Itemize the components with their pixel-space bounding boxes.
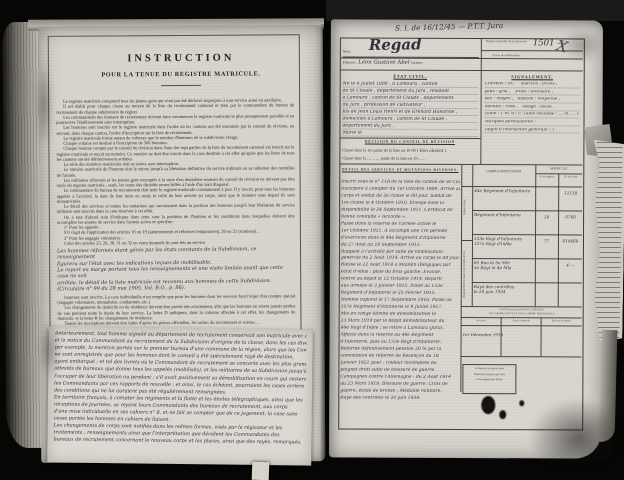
firstnames-value: Léon Gustave Abel: [358, 60, 409, 66]
signalement-line: menton : rond , visage : ovale .: [485, 105, 580, 111]
form-line: [460, 164, 462, 392]
matricule-number-value: 1501 —: [533, 38, 566, 48]
form-line: [340, 57, 583, 59]
instruction-paragraph: 2° Pour les engagés volontaires :: [57, 234, 295, 241]
etat-civil-line: fils de Jean Louis Henri et de Grenard H…: [343, 109, 478, 116]
corps-matricule-b: 0760: [559, 214, 582, 219]
form-line: [535, 164, 537, 306]
corps-matricule-b: 11118: [559, 190, 582, 195]
service-entry-line: 1er Octobre 1911. A accompli une 1re pér…: [341, 228, 460, 235]
name-field: Nom : Regad: [343, 39, 479, 58]
ink-blot: [499, 410, 506, 419]
instruction-paragraph: Le numéro matricule de l'homme doit le s…: [57, 166, 295, 178]
service-entry-line: poignet droit suite de blessure de guerr…: [340, 367, 459, 374]
form-line: [481, 50, 583, 51]
instruction-paragraph: Toutes les inscriptions doivent être fai…: [57, 319, 295, 326]
instruction-paragraph: La série des numéros matricules doit se …: [56, 160, 294, 167]
instruction-paragraph: Le registre matricule comprend tous les …: [56, 97, 294, 104]
service-entry-line: Rayé des contrôles le 20 juin 1934.: [340, 395, 459, 402]
service-entry-line: éclat d'obus ; plaie du bras gauche. Éva…: [341, 270, 460, 277]
form-line: [461, 317, 582, 319]
matricule-col-a-label: N° du registre: [535, 175, 558, 179]
service-entry-line: 1re classe le 4 Octobre 1910. Envoyé dan…: [341, 200, 460, 207]
note-line: et renseignements divers.: [463, 378, 515, 382]
service-entry-line: d'Infanterie, puis au 133e Régt d'Infant…: [341, 339, 460, 346]
curled-page-edge: [599, 330, 618, 442]
instruction-subtitle: POUR LA TENUE DU REGISTRE MATRICULE.: [39, 70, 323, 79]
mobilisation-class-label: Classe de mobilisation :: [484, 54, 530, 58]
service-entry-line: Campagnes contre l'Allemagne : du 2 Août…: [340, 374, 459, 381]
service-entry-line: du 27 Août au 18 Septembre 1913.: [341, 242, 460, 249]
service-entry-line: générale du 2 Août 1914. Arrivé au corps…: [341, 256, 460, 263]
signalement-line: Marques particulières :: [484, 120, 579, 126]
name-label: Nom :: [343, 49, 352, 53]
instruction-paragraph: Le détail des services et toutes les mut…: [57, 202, 295, 214]
firstnames-field: Prénoms : Léon Gustave Abel Surnom :: [343, 59, 479, 66]
note-line: l'objet des marques spéciales: [463, 373, 515, 377]
annex-handwriting: Antérieurement, tout homme signalé au dé…: [53, 330, 306, 447]
etat-civil-line: du Jura , profession de cultivateur ,: [343, 102, 478, 109]
form-outer-border: [338, 37, 585, 430]
corps-matricule-b: 014660: [559, 238, 582, 243]
services-title: DÉTAIL DES SERVICES ET MUTATIONS DIVERSE…: [339, 167, 461, 172]
instruction-paragraph: Celui des articles 23, 26, 30, 31 ou 32 …: [57, 239, 295, 246]
service-entry-line: 23 Mars 1919 par le dépôt démobilisateur…: [341, 319, 460, 326]
signalement-line: Taille : 1 m. 67 c. Taille rectifiée : ……: [485, 112, 580, 118]
name-value-signature: Regad: [369, 35, 422, 54]
service-entry-line: Réformé définitivement pension 20 % par …: [341, 346, 460, 353]
form-line: [461, 240, 472, 241]
form-line: [558, 173, 560, 306]
etat-civil-line: à Lamoura , canton de St Claude , départ…: [343, 95, 478, 102]
etat-civil-line: domiciliés à Lamoura , canton de St Clau…: [343, 116, 478, 123]
form-line: [460, 356, 581, 358]
form-line: [339, 137, 480, 139]
right-page-matricule-form: Nom : Regad Prénoms : Léon Gustave Abel …: [329, 19, 603, 458]
service-entry-line: Passé dans la réserve de l'armée active …: [341, 221, 460, 228]
service-entry-line: Inscrit sous le n° 118 de la liste du ca…: [341, 179, 460, 186]
service-entry-line: Nommé caporal le 17 Septembre 1916. Pass…: [341, 298, 460, 305]
form-line: [535, 173, 582, 174]
etat-civil-title: ÉTAT CIVIL.: [343, 73, 478, 79]
corps-name: Rayé des contrôles le 20 juin 1934: [474, 284, 534, 295]
matricule-col-title: MATRICULE: [535, 167, 582, 171]
service-entry-line: commission de réforme de Besançon du 18: [340, 353, 459, 360]
bottom-index-tab: [252, 462, 270, 480]
corps-table-row: 65 Bon le 5e Mle 5e Régt le 4e Mle 4 —: [473, 258, 582, 282]
crossed-out-mark: X: [555, 36, 570, 56]
surname-label: Surnom :: [411, 61, 424, 65]
etat-civil-line: département du Jura .: [342, 123, 477, 130]
corps-matricule-a: 77: [535, 238, 558, 243]
inserted-handwriting-note: Les hommes réformés étant gérés par les …: [57, 246, 295, 292]
service-entry-line: 157e Régiment d'Infanterie le 9 Juillet …: [341, 305, 460, 312]
form-line: [472, 234, 582, 235]
instruction-paragraph: Les changements de domicile ou de réside…: [57, 304, 295, 321]
form-line: [461, 186, 582, 188]
corps-name: 44e Régiment d'Infanterie: [474, 188, 534, 193]
decision-line-1-note: ( Bon absent ): [417, 148, 447, 153]
firstnames-label: Prénoms :: [343, 60, 358, 64]
passage-col-3: Réserve territoriale: [542, 319, 582, 323]
corps-table-row: Régiment d'Infanterie 18 0760: [473, 210, 582, 234]
service-entry-line: corps et soldat de 2e classe le dit jour…: [341, 193, 460, 200]
corps-name: 65 Bon le 5e Mle 5e Régt le 4e Mle: [474, 260, 534, 271]
decision-line-1-print: Classé dans la 1re partie de la liste en…: [342, 147, 415, 152]
service-entry-line: bonne conduite « Accordé ».: [341, 214, 460, 221]
form-line: [540, 317, 541, 356]
decision-line-1: Classé dans la 1re partie de la liste en…: [342, 147, 446, 152]
signalement-line: nez : moyen , bouche : moyenne ,: [485, 97, 580, 103]
service-entry-line: 44e Régt d'Infêe ; se retire à Lamoura (…: [341, 325, 460, 332]
form-line: [461, 306, 582, 308]
instruction-paragraph: S'il s'agit de l'application des article…: [57, 229, 295, 236]
vertical-label-reserve: Disponibilité et réserve de l'armée acti…: [462, 244, 471, 304]
passage-col-1: 1re réserve: [462, 319, 501, 323]
passage-table-header-2: DE L'ARMÉE ACTIVE ET DANS L'ARMÉE TERRIT…: [462, 312, 582, 316]
instruction-title: INSTRUCTION: [39, 52, 323, 65]
instruction-paragraphs: Le registre matricule comprend tous les …: [56, 97, 295, 245]
instruction-paragraph: hommes sont inscrits. La case individuel…: [57, 293, 295, 305]
corps-name: 133e Régt d'Infanterie 157e Régt d'Infêe: [474, 236, 534, 247]
passage-table-header-1: DATE DE PASSAGE DANS LA RÉSERVE: [462, 308, 582, 312]
service-entry-line: Blessé le 22 Août 1914 à Maissin (Belgiq…: [341, 263, 460, 270]
instruction-paragraph: Les hommes sont inscrits sur le registre…: [56, 124, 294, 136]
service-entry-line: Mis en congé illimité de démobilisation …: [341, 312, 460, 319]
signalement-line: Degré d'instruction générale : 3 .: [484, 128, 579, 134]
signalement-line: yeux : gris , front : ordinaire ,: [485, 90, 580, 96]
corps-table-row: 44e Régiment d'Infanterie 11118: [473, 186, 582, 210]
corps-table-title: CORPS D'AFFECTATION: [473, 170, 534, 174]
instruction-text-block: Le registre matricule comprend tous les …: [56, 97, 295, 326]
instruction-paragraph: Chaque homme compté par le conseil de ré…: [56, 145, 294, 162]
corps-matricule-b: 4 —: [559, 262, 582, 267]
instruction-paragraph: 1° Pour les appelés :: [57, 223, 295, 230]
etat-civil-line: Né le 4 Juillet 1888 , à Lamoura , canto…: [343, 81, 478, 88]
corps-table-row: 133e Régt d'Infanterie 157e Régt d'Infêe…: [473, 234, 582, 258]
decision-title: DÉCISION DU CONSEIL DE RÉVISION: [342, 139, 477, 144]
note-box-lines: Se reporter au registre pourl'objet des …: [463, 367, 515, 382]
form-line: [500, 317, 501, 356]
handwritten-annex-sheet: Antérieurement, tout homme signalé au dé…: [47, 326, 313, 465]
service-entry-line: Incorporé à compter du 1er Octobre 1909.…: [341, 186, 460, 193]
matricule-number-label: Numéro matricule du recrutement :: [484, 40, 530, 44]
ink-blot: [519, 400, 524, 406]
handwritten-line: arrêtée, le détail de la liste matricule…: [57, 278, 295, 294]
decision-line-2: Classé dans la ……… partie de la liste en…: [342, 155, 426, 160]
service-entry-line: guerre, étoile de bronze ; Médaille mili…: [340, 388, 459, 395]
register-scan: INSTRUCTION POUR LA TENUE DU REGISTRE MA…: [0, 0, 624, 480]
passage-date-entry: 1er Décembre 1918: [463, 332, 503, 337]
service-entry-line: disponibilité le 24 Septembre 1911. Cert…: [341, 207, 460, 214]
form-line: [339, 163, 582, 165]
instruction-paragraph: Les militaires réformés et les jeunes ge…: [57, 176, 295, 188]
form-line: [472, 258, 582, 259]
service-entry-line: Affecté dans la réserve au 44e Régiment: [341, 332, 460, 339]
instruction-paragraph: Chaque volume est destiné à l'inscriptio…: [56, 139, 294, 146]
services-handwriting: Inscrit sous le n° 118 de la liste du ca…: [340, 179, 460, 402]
service-entry-line: Janvier 1921 pour : raideur incomplète d…: [340, 360, 459, 367]
etat-civil-line: de St Claude , département du Jura , rés…: [343, 88, 478, 95]
handwritten-line: figurera sur l'état avec les indications…: [57, 258, 295, 267]
form-line: [472, 210, 582, 211]
corps-table-row: Rayé des contrôles le 20 juin 1934: [473, 282, 582, 306]
title-divider: [161, 85, 201, 86]
form-line: [472, 282, 582, 283]
service-entry-line: aux armées le 3 Janvier 1915. Passé au 1…: [341, 284, 460, 291]
passage-col-2: Armée territoriale: [502, 319, 541, 323]
form-line: [340, 69, 583, 71]
corps-name: Régiment d'Infanterie: [474, 212, 534, 217]
note-line: Se reporter au registre pour: [463, 367, 515, 371]
matricule-col-b-label: N° de la liste: [559, 175, 582, 179]
instruction-paragraph: Il est établi pour chaque classe au moye…: [56, 103, 294, 115]
corps-matricule-a: 18: [535, 214, 558, 219]
instruction-paragraph: On a tout d'abord soin d'indiquer dans c…: [57, 213, 295, 225]
form-line: [472, 164, 474, 306]
instruction-paragraph: Les commandants des bureaux de recruteme…: [56, 113, 294, 125]
form-line: [461, 325, 582, 327]
handwritten-line: Les hommes réformés étant gérés par les …: [57, 246, 295, 262]
service-entry-line: rentré au dépôt le 12 Octobre 1914. Repa…: [341, 277, 460, 284]
service-entry-line: Régiment d'Infanterie le 25 Février 1915…: [341, 291, 460, 298]
service-entry-line: Rappelé à l'activité par suite de mobili…: [341, 249, 460, 256]
service-entry-line: d'exercices dans le 44e Régiment d'Infan…: [341, 235, 460, 242]
instruction-paragraph: Le commandant du bureau de recrutement d…: [57, 187, 295, 204]
form-line: [480, 38, 482, 164]
signalement-line: Cheveux : ch. sourcils : bruns ,: [485, 82, 580, 88]
handwritten-line: Le report en marge portant tous les rens…: [57, 265, 295, 281]
signalement-title: SIGNALEMENT.: [485, 74, 580, 79]
vertical-label-armee-active: Armée active: [462, 178, 471, 236]
instruction-paragraphs-after: hommes sont inscrits. La case individuel…: [57, 293, 295, 326]
service-entry-line: au 23 Mars 1919. Blessure de guerre. Cro…: [340, 381, 459, 388]
etat-civil-line: Marié le: [342, 130, 477, 137]
instruction-paragraph: Le registre matricule forme autant de vo…: [56, 134, 294, 141]
ink-blot: [481, 396, 495, 414]
note-box: Se reporter au registre pourl'objet des …: [462, 364, 516, 394]
